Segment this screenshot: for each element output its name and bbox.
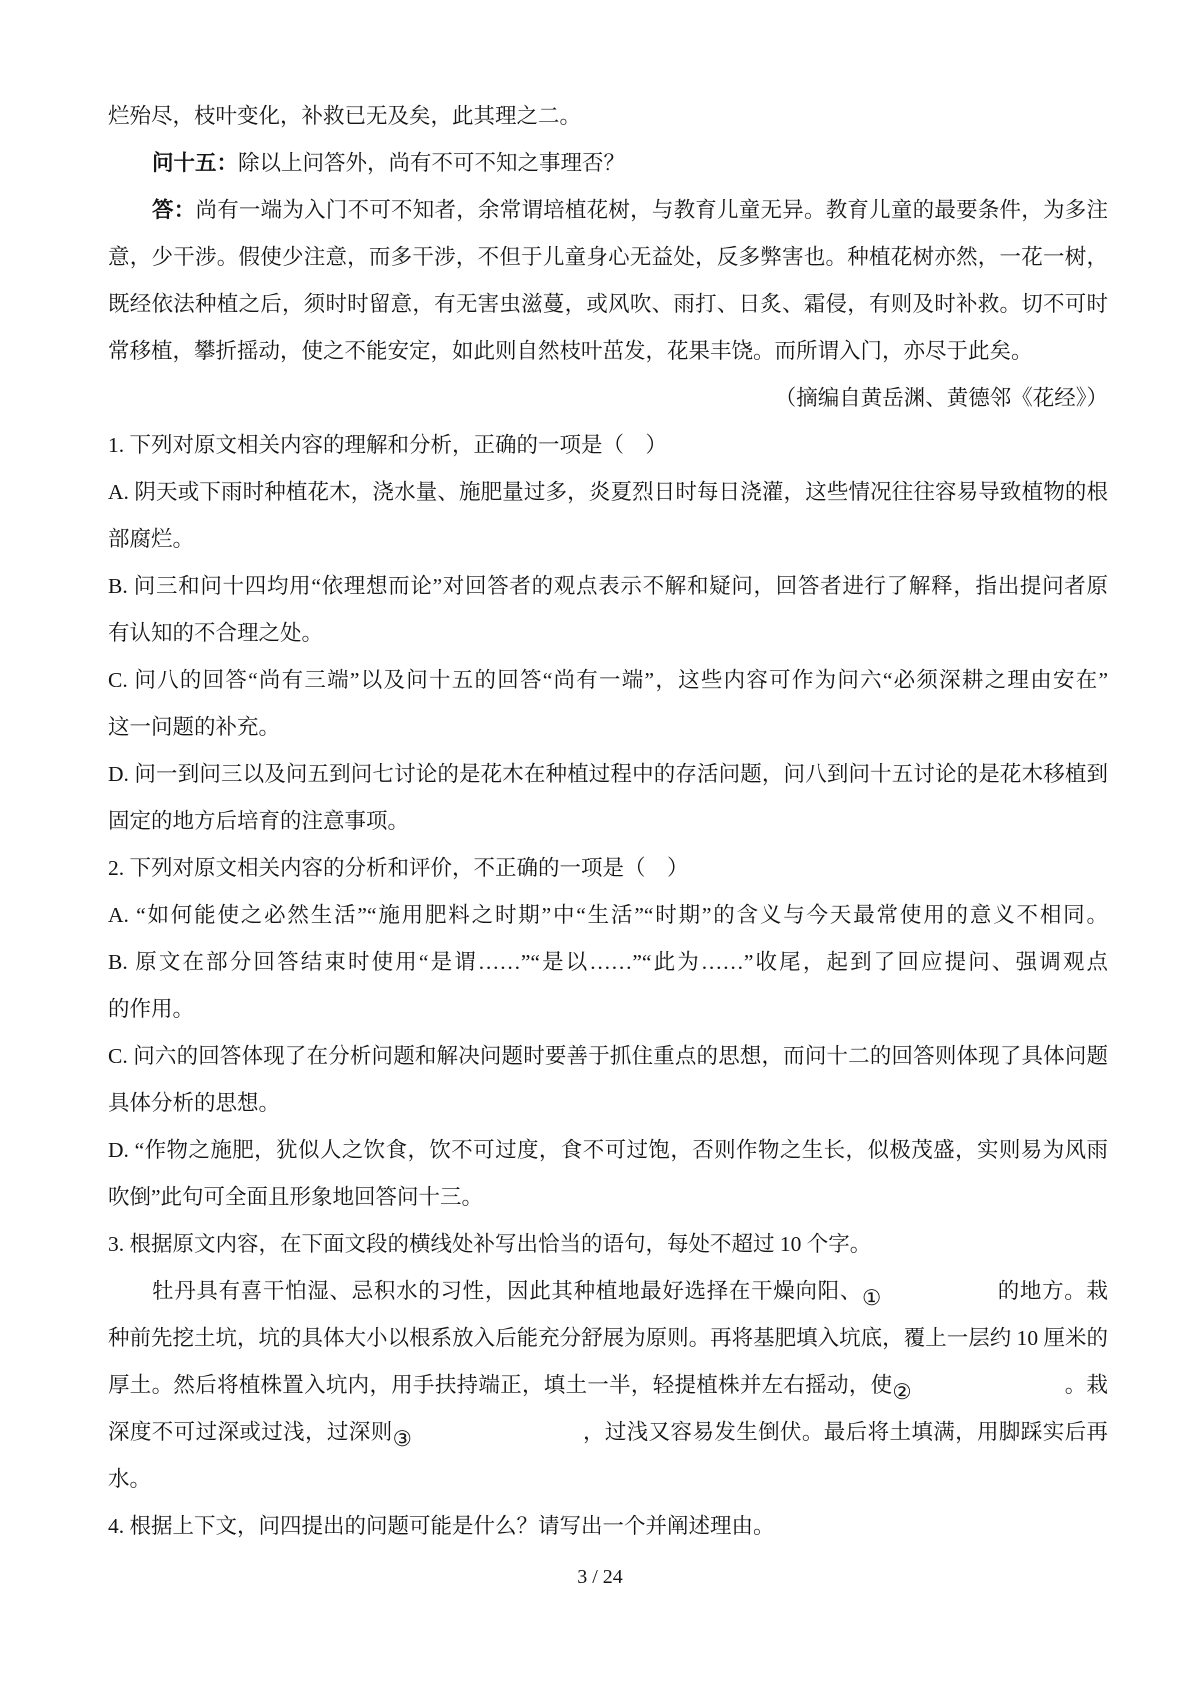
question-2-option-d: D. “作物之施肥，犹似人之饮食，饮不可过度，食不可过饱，否则作物之生长，似极茂… [108,1127,1108,1174]
question-2-option-a: A. “如何能使之必然生活”“施用肥料之时期”中“生活”“时期”的含义与今天最常… [108,892,1108,939]
answer-line: 答：尚有一端为入门不可不知者，余常谓培植花树，与教育儿童无异。教育儿童的最要条件… [108,187,1108,234]
question-3-stem: 3. 根据原文内容，在下面文段的横线处补写出恰当的语句，每处不超过 10 个字。 [108,1221,1108,1268]
question-15-text: 除以上问答外，尚有不可不知之事理否？ [238,151,625,175]
body-text-line: 烂殆尽，枝叶变化，补救已无及矣，此其理之二。 [108,93,1108,140]
cloze-text: 的地方。栽 [997,1279,1108,1303]
question-4-stem: 4. 根据上下文，问四提出的问题可能是什么？请写出一个并阐述理由。 [108,1503,1108,1550]
cloze-passage-line: 水。 [108,1456,1108,1503]
question-15-line: 问十五：除以上问答外，尚有不可不知之事理否？ [108,140,1108,187]
answer-label: 答： [152,198,195,222]
question-1-option-c-continued: 这一问题的补充。 [108,704,1108,751]
question-1-option-a: A. 阴天或下雨时种植花木，浇水量、施肥量过多，炎夏烈日时每日浇灌，这些情况往往… [108,469,1108,516]
cloze-passage-line: 深度不可过深或过浅，过深则③，过浅又容易发生倒伏。最后将土填满，用脚踩实后再浇透 [108,1409,1108,1456]
body-text-line: 常移植，攀折摇动，使之不能安定，如此则自然枝叶茁发，花果丰饶。而所谓入门，亦尽于… [108,328,1108,375]
page-number: 3 / 24 [0,1562,1200,1592]
source-attribution: （摘编自黄岳渊、黄德邻《花经》） [108,375,1108,422]
question-2-option-b-continued: 的作用。 [108,986,1108,1033]
cloze-passage-line: 牡丹具有喜干怕湿、忌积水的习性，因此其种植地最好选择在干燥向阳、①的地方。栽 [108,1268,1108,1315]
question-2-option-d-continued: 吹倒”此句可全面且形象地回答问十三。 [108,1174,1108,1221]
exam-page: 烂殆尽，枝叶变化，补救已无及矣，此其理之二。 问十五：除以上问答外，尚有不可不知… [0,0,1200,1697]
body-text-line: 意，少干涉。假使少注意，而多干涉，不但于儿童身心无益处，反多弊害也。种植花树亦然… [108,234,1108,281]
question-1-option-b-continued: 有认知的不合理之处。 [108,610,1108,657]
cloze-text: 厚土。然后将植株置入坑内，用手扶持端正，填土一半，轻提植株并左右摇动，使 [108,1373,892,1397]
cloze-text: 牡丹具有喜干怕湿、忌积水的习性，因此其种植地最好选择在干燥向阳、 [152,1279,862,1303]
question-1-option-c: C. 问八的回答“尚有三端”以及问十五的回答“尚有一端”，这些内容可作为问六“必… [108,657,1108,704]
cloze-text: 深度不可过深或过浅，过深则 [108,1420,393,1444]
cloze-blank-2: ② [892,1374,1064,1409]
question-2-option-b: B. 原文在部分回答结束时使用“是谓……”“是以……”“此为……”收尾，起到了回… [108,939,1108,986]
body-text-line: 既经依法种植之后，须时时留意，有无害虫滋蔓，或风吹、雨打、日炙、霜侵，有则及时补… [108,281,1108,328]
question-1-option-a-continued: 部腐烂。 [108,516,1108,563]
question-1-option-d-continued: 固定的地方后培育的注意事项。 [108,798,1108,845]
question-1-option-b: B. 问三和问十四均用“依理想而论”对回答者的观点表示不解和疑问，回答者进行了解… [108,563,1108,610]
question-2-stem: 2. 下列对原文相关内容的分析和评价，不正确的一项是（ ） [108,845,1108,892]
cloze-passage-line: 厚土。然后将植株置入坑内，用手扶持端正，填土一半，轻提植株并左右摇动，使②。栽植 [108,1362,1108,1409]
question-2-option-c-continued: 具体分析的思想。 [108,1080,1108,1127]
cloze-blank-1: ① [862,1280,997,1315]
question-1-option-d: D. 问一到问三以及问五到问七讨论的是花木在种植过程中的存活问题，问八到问十五讨… [108,751,1108,798]
answer-text: 尚有一端为入门不可不知者，余常谓培植花树，与教育儿童无异。教育儿童的最要条件，为… [195,198,1108,222]
question-2-option-c: C. 问六的回答体现了在分析问题和解决问题时要善于抓住重点的思想，而问十二的回答… [108,1033,1108,1080]
question-15-label: 问十五： [152,151,238,175]
question-1-stem: 1. 下列对原文相关内容的理解和分析，正确的一项是（ ） [108,422,1108,469]
cloze-blank-3: ③ [393,1421,583,1456]
cloze-passage-line: 种前先挖土坑，坑的具体大小以根系放入后能充分舒展为原则。再将基肥填入坑底，覆上一… [108,1315,1108,1362]
exam-body-text: 烂殆尽，枝叶变化，补救已无及矣，此其理之二。 问十五：除以上问答外，尚有不可不知… [108,93,1108,1550]
